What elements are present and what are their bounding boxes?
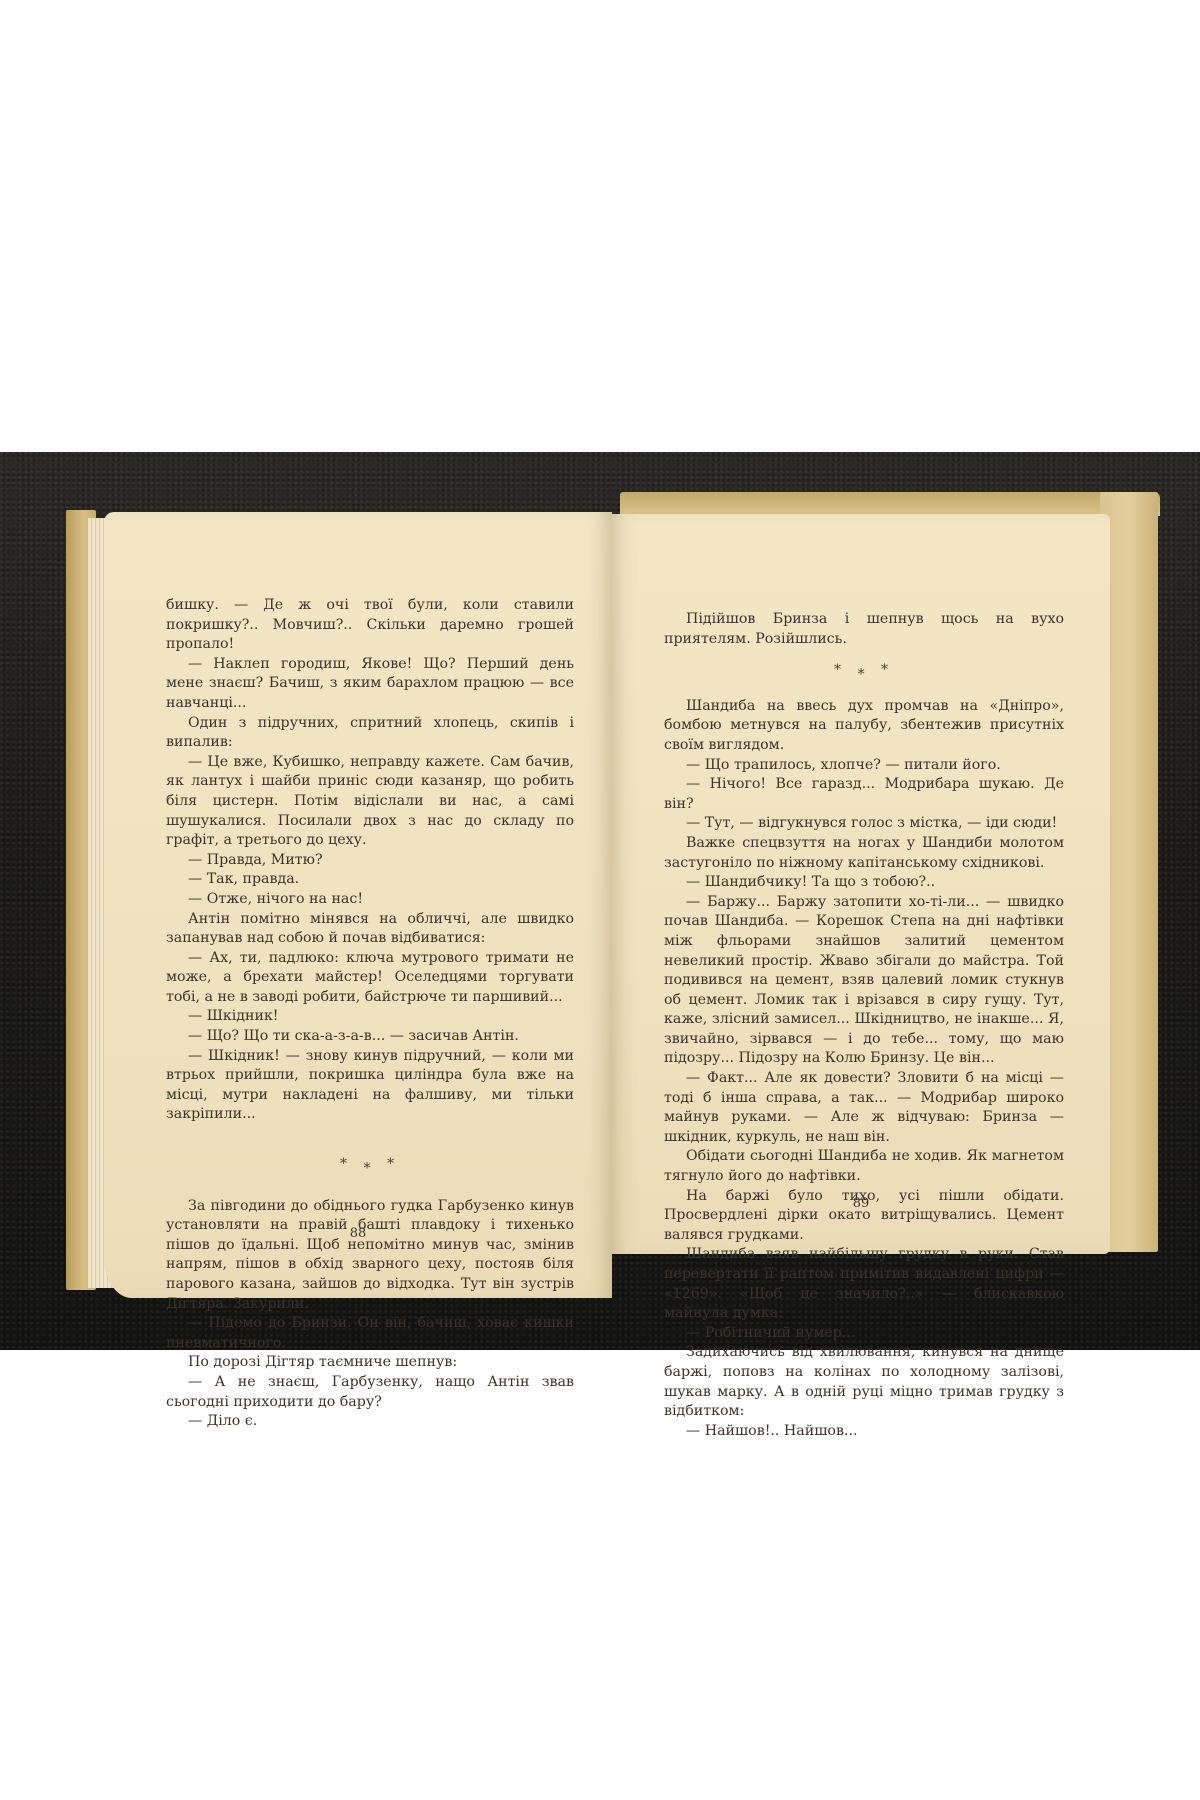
paragraph: Шандиба на ввесь дух промчав на «Дніпро»… <box>664 697 1064 756</box>
section-separator: * ⁎ * <box>664 661 1064 681</box>
paragraph: — Найшов!.. Найшов... <box>664 1422 1064 1442</box>
left-page: бишку. — Де ж очі твої були, коли ставил… <box>104 512 612 1298</box>
paragraph: Важке спецвзуття на ногах у Шандиби моло… <box>664 834 1064 873</box>
paragraph: бишку. — Де ж очі твої були, коли ставил… <box>166 596 574 655</box>
paragraph: — Діло є. <box>166 1412 574 1432</box>
page-number: 89 <box>612 1194 1110 1214</box>
paragraph: — Ах, ти, падлюко: ключа мутрового трима… <box>166 949 574 1008</box>
paragraph: Обідати сьогодні Шандиба не ходив. Як ма… <box>664 1147 1064 1186</box>
book-photo: бишку. — Де ж очі твої були, коли ставил… <box>0 452 1200 1350</box>
paragraph: — Шкідник! <box>166 1007 574 1027</box>
paragraph: — Отже, нічого на нас! <box>166 890 574 910</box>
paragraph: Підійшов Бринза і шепнув щось на вухо пр… <box>664 610 1064 649</box>
paragraph: — Нічого! Все гаразд... Модрибара шукаю.… <box>664 775 1064 814</box>
paragraph: За півгодини до обіднього гудка Гарбузен… <box>166 1197 574 1315</box>
paragraph: — Шандибчику! Та що з тобою?.. <box>664 873 1064 893</box>
paragraph: — Баржу... Баржу затопити хо-ті-ли... — … <box>664 893 1064 1069</box>
paragraph: — Наклеп городиш, Якове! Що? Перший день… <box>166 655 574 714</box>
paragraph: — А не знаєш, Гарбузенку, нащо Антін зва… <box>166 1373 574 1412</box>
paragraph: Один з підручних, спритний хлопець, скип… <box>166 714 574 753</box>
paragraph: Шандиба взяв найбільшу грудку в руки. Ст… <box>664 1245 1064 1323</box>
right-page: Підійшов Бринза і шепнув щось на вухо пр… <box>612 514 1110 1254</box>
left-page-text: бишку. — Де ж очі твої були, коли ставил… <box>166 596 574 1432</box>
paragraph: — Правда, Митю? <box>166 851 574 871</box>
paragraph: — Так, правда. <box>166 870 574 890</box>
paragraph: — Що? Що ти ска-а-з-а-в... — засичав Ант… <box>166 1027 574 1047</box>
paragraph: По дорозі Дігтяр таємниче шепнув: <box>166 1353 574 1373</box>
paragraph: — Це вже, Кубишко, неправду кажете. Сам … <box>166 753 574 851</box>
section-separator: * ⁎ * <box>166 1155 574 1175</box>
book-cover-top-edge <box>620 492 1160 516</box>
paragraph: Задихаючись від хвилювання, кинувся на д… <box>664 1343 1064 1421</box>
page-number: 88 <box>104 1224 612 1244</box>
paragraph: — Робітничий нумер... <box>664 1324 1064 1344</box>
paragraph: — Підемо до Бринзи. Он він, бачиш, ховає… <box>166 1314 574 1353</box>
paragraph: — Факт... Але як довести? Зловити б на м… <box>664 1069 1064 1147</box>
paragraph: Антін помітно мінявся на обличчі, але шв… <box>166 910 574 949</box>
paragraph: — Що трапилось, хлопче? — питали його. <box>664 756 1064 776</box>
paragraph: — Тут, — відгукнувся голос з містка, — і… <box>664 814 1064 834</box>
right-page-text: Підійшов Бринза і шепнув щось на вухо пр… <box>664 610 1064 1441</box>
paragraph: — Шкідник! — знову кинув підручний, — ко… <box>166 1047 574 1125</box>
